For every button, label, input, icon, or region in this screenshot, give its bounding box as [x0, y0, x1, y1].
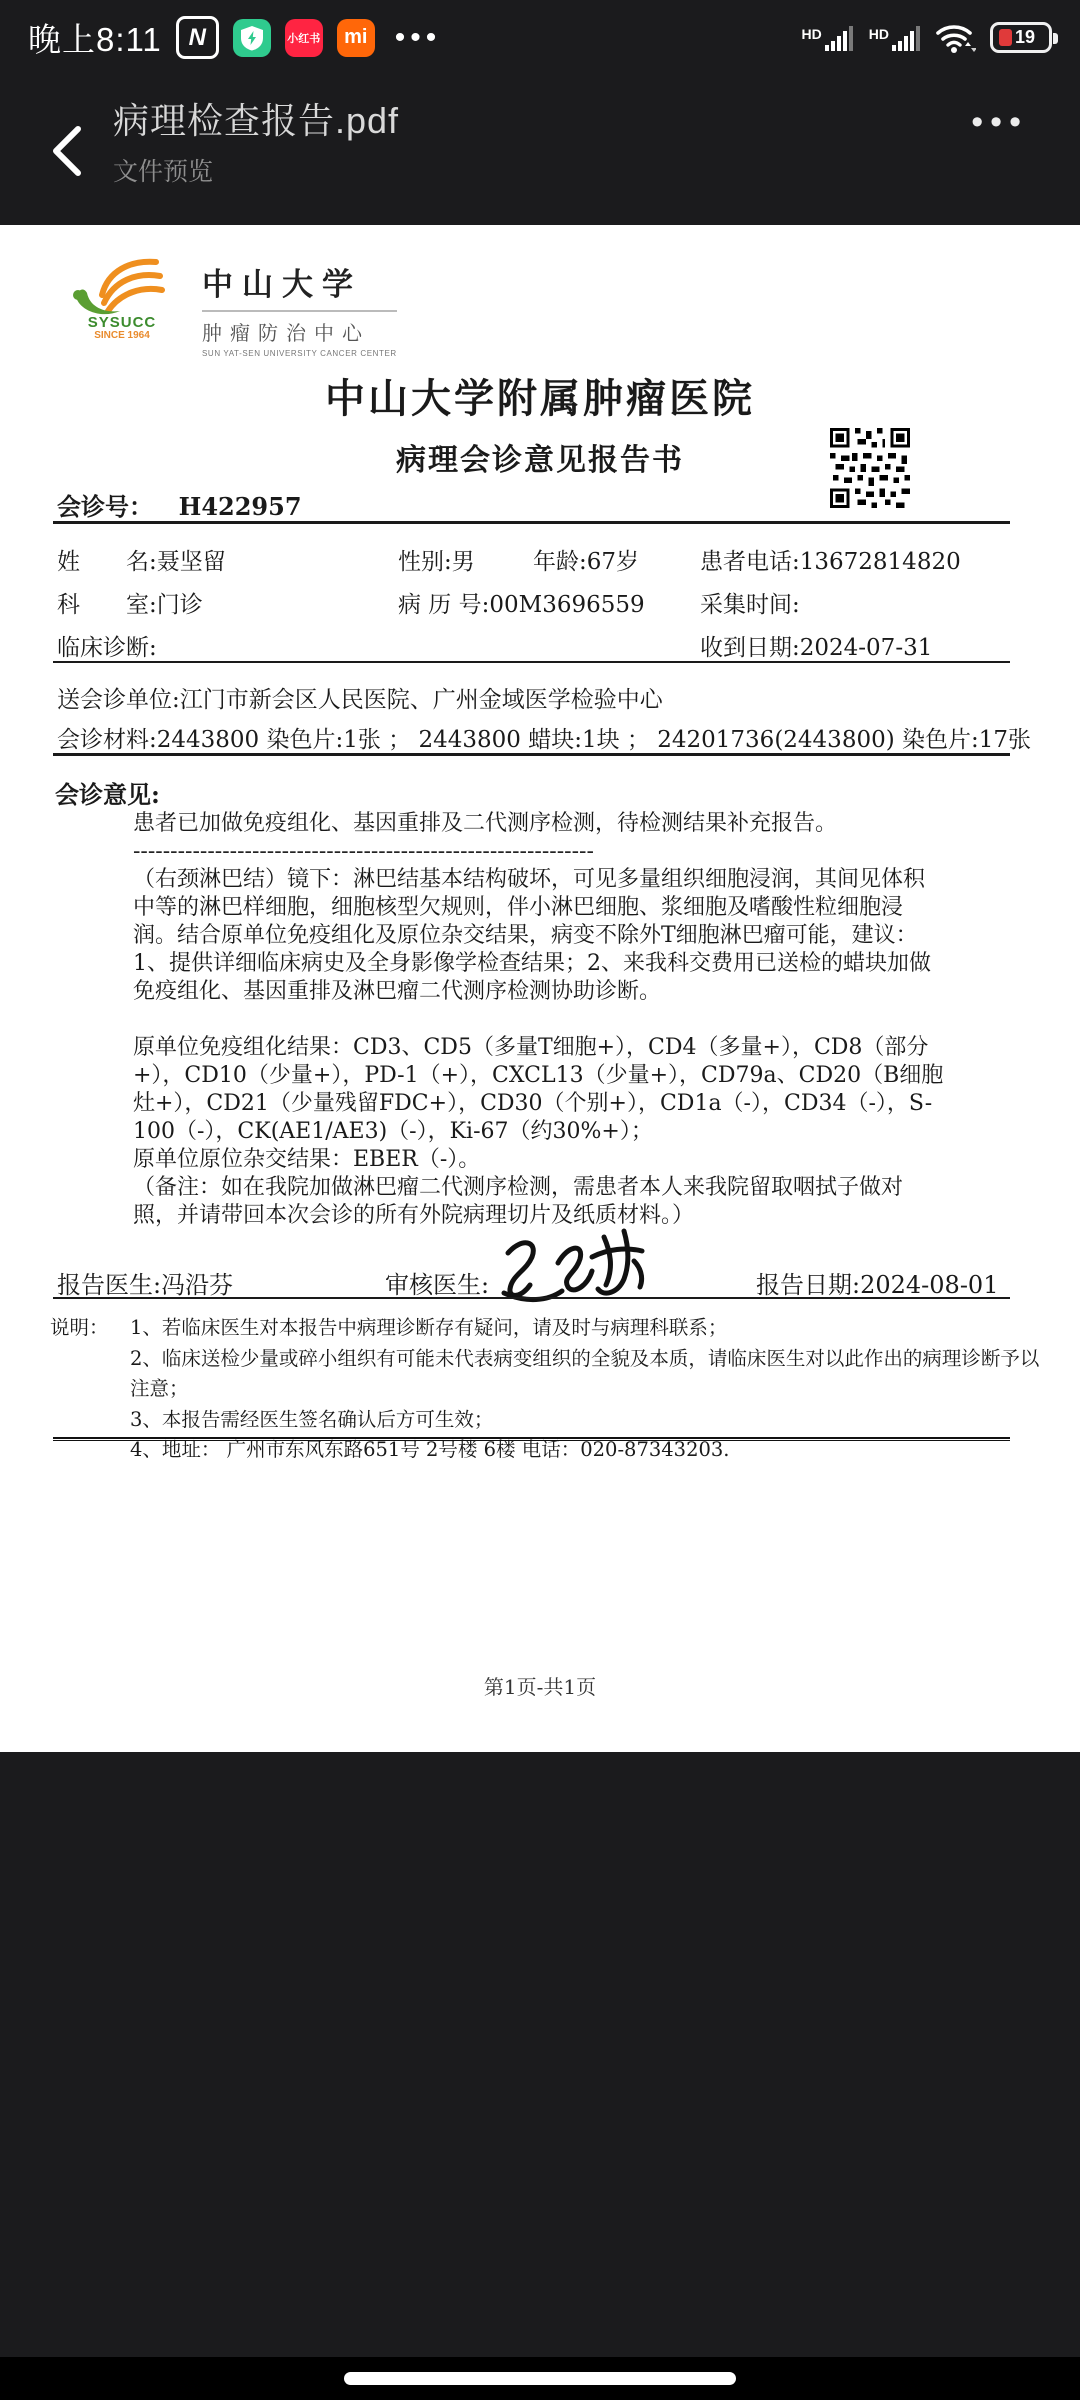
battery-low-fill — [999, 29, 1012, 46]
battery-indicator: 19 — [990, 22, 1052, 53]
security-app-icon — [233, 19, 271, 57]
hospital-title: 中山大学附属肿瘤医院 — [0, 367, 1080, 424]
file-preview-header: 病理检查报告.pdf 文件预览 ••• — [0, 75, 1080, 225]
patient-record-no: 病 历 号:00M3696559 — [398, 586, 645, 619]
home-indicator[interactable] — [344, 2372, 736, 2385]
battery-tip — [1053, 33, 1058, 44]
xiaohongshu-app-icon: 小红书 — [285, 19, 323, 57]
sysucc-bird-icon — [66, 255, 178, 317]
logo-acronym: SYSUCC — [88, 315, 157, 330]
referral-materials: 会诊材料:2443800 染色片:1张 ； 2443800 蜡块:1块 ； 24… — [57, 721, 1031, 754]
opinion-paragraph: 患者已加做免疫组化、基因重排及二代测序检测，待检测结果补充报告。 — [133, 810, 945, 838]
patient-age: 年龄:67岁 — [533, 543, 639, 576]
opinion-paragraph: （右颈淋巴结）镜下：淋巴结基本结构破坏，可见多量组织细胞浸润，其间见体积中等的淋… — [133, 866, 945, 1006]
wifi-icon — [936, 22, 976, 54]
logo-center-name: 肿瘤防治中心 — [202, 310, 397, 346]
report-date: 报告日期:2024-08-01 — [756, 1265, 998, 1300]
footnote-item: 3、本报告需经医生签名确认后方可生效； — [130, 1405, 1040, 1436]
patient-gender: 性别:男 — [398, 543, 475, 576]
chevron-left-icon — [44, 123, 90, 179]
report-doctor-name: 冯沿芬 — [161, 1271, 233, 1299]
ish-results: 原单位原位杂交结果：EBER（-）。 — [133, 1146, 945, 1174]
battery-percent: 19 — [1015, 27, 1035, 48]
ihc-results: 原单位免疫组化结果：CD3、CD5（多量T细胞+），CD4（多量+），CD8（部… — [133, 1034, 945, 1146]
logo-english-name: SUN YAT-SEN UNIVERSITY CANCER CENTER — [202, 349, 397, 358]
patient-info-row: 临床诊断: 收到日期:2024-07-31 — [0, 629, 1080, 672]
report-title: 病理会诊意见报告书 — [0, 435, 1080, 479]
patient-department: 科 室:门诊 — [57, 586, 203, 619]
signal-bars-icon — [892, 25, 922, 51]
file-title: 病理检查报告.pdf — [113, 93, 399, 144]
header-titles: 病理检查报告.pdf 文件预览 — [113, 93, 399, 188]
report-doctor-label: 报告医生: — [57, 1271, 161, 1299]
patient-name: 姓 名:聂坚留 — [57, 543, 226, 576]
divider-line — [53, 661, 1010, 663]
patient-info-row: 科 室:门诊 病 历 号:00M3696559 采集时间: — [0, 586, 1080, 629]
sim2-signal-icon: HD — [869, 25, 922, 51]
clinical-diagnosis: 临床诊断: — [57, 629, 157, 662]
sim1-signal-icon: HD — [802, 25, 855, 51]
status-bar: 晚上8:11 N 小红书 mi ••• HD — [0, 0, 1080, 75]
logo-mark: SYSUCC SINCE 1964 — [58, 255, 186, 342]
logo-text: 中山大学 肿瘤防治中心 SUN YAT-SEN UNIVERSITY CANCE… — [202, 255, 397, 358]
mi-app-icon: mi — [337, 19, 375, 57]
divider-line — [53, 1297, 1010, 1299]
viewer-background — [0, 1752, 1080, 2357]
gesture-nav-bar — [0, 2357, 1080, 2400]
pdf-page[interactable]: SYSUCC SINCE 1964 中山大学 肿瘤防治中心 SUN YAT-SE… — [0, 225, 1080, 1752]
consultation-number-row: 会诊号： H422957 — [57, 487, 302, 522]
more-menu-button[interactable]: ••• — [971, 103, 1028, 142]
header-subtitle: 文件预览 — [113, 152, 399, 188]
consultation-number-value: H422957 — [179, 492, 302, 521]
qr-code — [830, 428, 910, 508]
received-date: 收到日期:2024-07-31 — [700, 629, 932, 662]
consultation-number-label: 会诊号： — [57, 492, 153, 521]
footnote-item: 1、若临床医生对本报告中病理诊断存有疑问，请及时与病理科联系； — [130, 1313, 1040, 1344]
divider-line — [53, 521, 1010, 524]
phone-screen: 晚上8:11 N 小红书 mi ••• HD — [0, 0, 1080, 2400]
clock: 晚上8:11 — [28, 14, 162, 61]
report-date-label: 报告日期: — [756, 1271, 860, 1299]
status-more-dots-icon: ••• — [395, 21, 442, 55]
dashed-divider: ----------------------------------------… — [133, 838, 945, 866]
signal-bars-icon — [825, 25, 855, 51]
report-doctor: 报告医生:冯沿芬 — [57, 1265, 233, 1300]
nfc-icon: N — [176, 16, 219, 59]
opinion-body: 患者已加做免疫组化、基因重排及二代测序检测，待检测结果补充报告。 -------… — [133, 810, 945, 1230]
divider-line — [53, 753, 1010, 756]
page-number: 第1页-共1页 — [0, 1671, 1080, 1700]
opinion-heading: 会诊意见: — [55, 775, 160, 810]
logo-since: SINCE 1964 — [94, 330, 150, 342]
footnote-item: 2、临床送检少量或碎小组织有可能未代表病变组织的全貌及本质，请临床医生对以此作出… — [130, 1344, 1040, 1405]
collect-time: 采集时间: — [700, 586, 800, 619]
hospital-logo: SYSUCC SINCE 1964 中山大学 肿瘤防治中心 SUN YAT-SE… — [58, 255, 397, 358]
back-button[interactable] — [44, 123, 90, 179]
logo-university-name: 中山大学 — [202, 259, 397, 304]
report-date-value: 2024-08-01 — [860, 1271, 998, 1299]
review-doctor-label: 审核医生: — [385, 1265, 489, 1300]
referral-unit: 送会诊单位:江门市新会区人民医院、广州金域医学检验中心 — [57, 681, 663, 714]
footnotes-label: 说明： — [50, 1313, 109, 1344]
double-divider-line — [53, 1437, 1010, 1441]
shield-lightning-icon — [240, 25, 264, 51]
patient-info-row: 姓 名:聂坚留 性别:男 年龄:67岁 患者电话:13672814820 — [0, 543, 1080, 586]
footnotes: 说明： 1、若临床医生对本报告中病理诊断存有疑问，请及时与病理科联系； 2、临床… — [50, 1313, 1040, 1466]
patient-phone: 患者电话:13672814820 — [700, 543, 961, 576]
